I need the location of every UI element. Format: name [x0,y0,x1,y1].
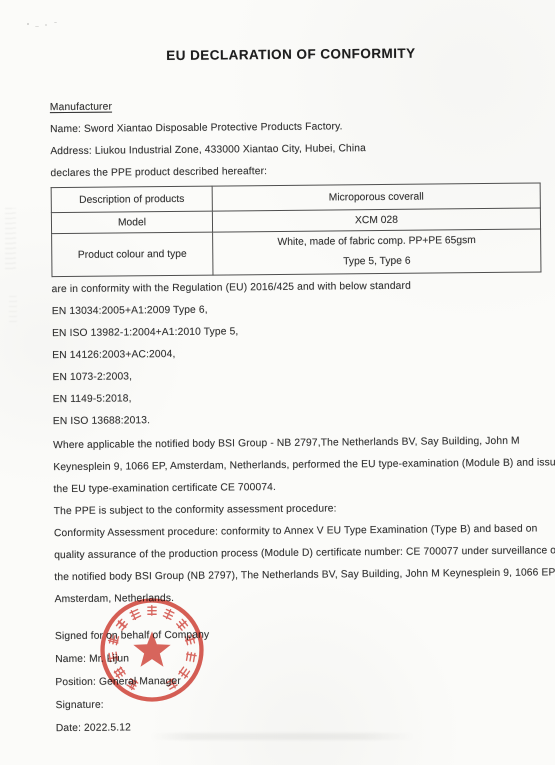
standards-list: EN 13034:2005+A1:2009 Type 6,EN ISO 1398… [52,297,536,434]
scan-smudge [9,296,17,326]
row-value-colour-type: White, made of fabric comp. PP+PE 65gsm … [213,229,541,275]
row-label-description: Description of products [51,186,212,213]
row-value-line: Type 5, Type 6 [217,250,536,273]
star-icon [133,631,170,666]
row-label-colour-type: Product colour and type [52,232,213,277]
notified-body-paragraph: Where applicable the notified body BSI G… [53,431,537,502]
row-label-model: Model [51,211,212,234]
paragraph-line: Keynesplein 9, 1066 EP, Amsterdam, Nethe… [53,453,536,480]
standard-item: EN ISO 13688:2013. [53,407,536,434]
paragraph-line: the notified body BSI Group (NB 2797), T… [54,563,537,590]
table-row: Product colour and type White, made of f… [52,229,541,277]
document-title: EU DECLARATION OF CONFORMITY [49,44,532,66]
scan-speck [54,22,57,23]
scan-speck [27,23,29,25]
scan-smudge [5,208,16,270]
company-seal-stamp [96,594,208,706]
scan-speck [35,26,39,27]
declares-line: declares the PPE product described herea… [50,159,533,186]
product-table: Description of products Microporous cove… [51,182,542,277]
scan-speck [45,24,47,26]
scanned-document-page: EU DECLARATION OF CONFORMITY Manufacture… [0,0,555,765]
scan-noise-band [150,733,415,740]
document-content: EU DECLARATION OF CONFORMITY Manufacture… [0,0,555,741]
row-value-description: Microporous coverall [212,183,540,211]
